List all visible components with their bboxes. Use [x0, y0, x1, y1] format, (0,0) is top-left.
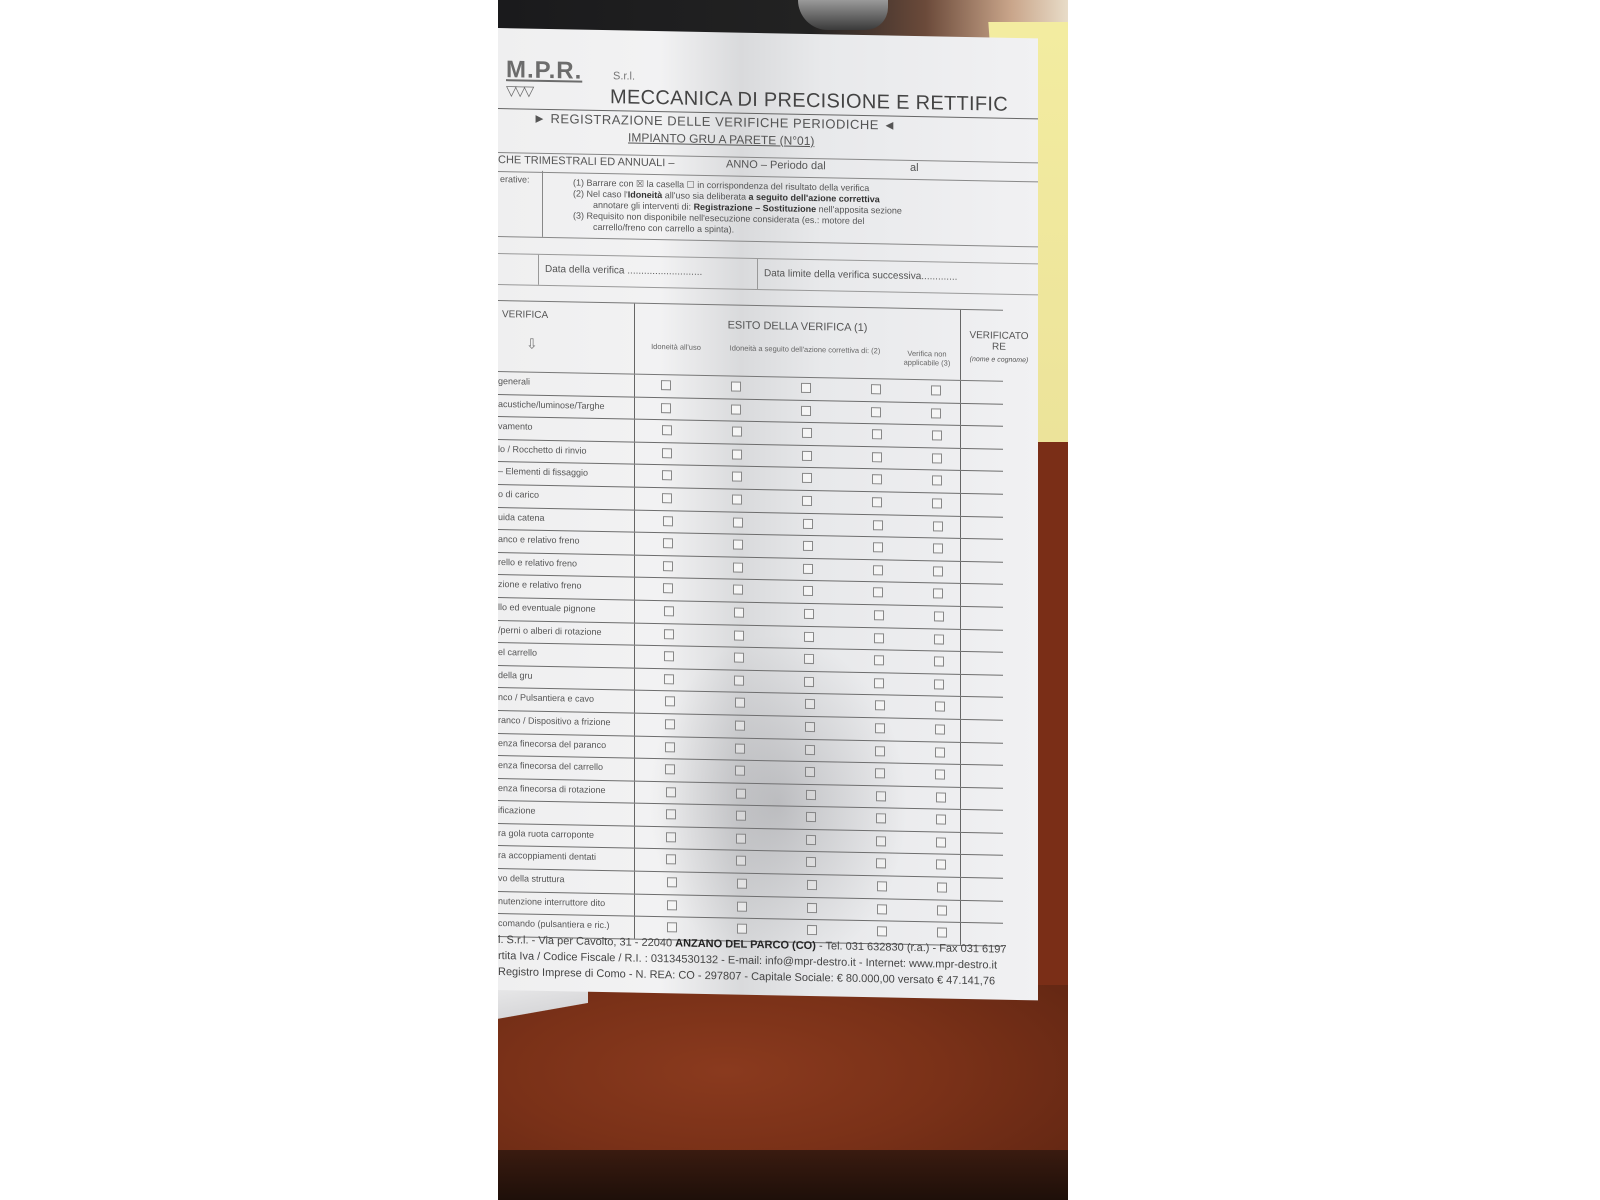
result-checkbox[interactable] [932, 476, 942, 486]
row-label: – Elementi di fissaggio [498, 466, 632, 479]
result-checkbox[interactable] [806, 812, 816, 822]
result-checkbox[interactable] [936, 792, 946, 802]
result-checkbox[interactable] [873, 565, 883, 575]
notes-label: erative: [500, 174, 530, 185]
result-checkbox[interactable] [735, 698, 745, 708]
date-verifica-cell[interactable]: Data della verifica ....................… [538, 255, 758, 289]
header-non-applicabile: Verifica non applicabile (3) [897, 349, 957, 368]
result-checkbox[interactable] [667, 922, 677, 932]
result-checkbox[interactable] [666, 855, 676, 865]
period-anno: ANNO – Periodo dal [726, 158, 826, 172]
result-checkbox[interactable] [872, 429, 882, 439]
result-checkbox[interactable] [804, 609, 814, 619]
company-suffix: S.r.l. [613, 70, 635, 82]
result-checkbox[interactable] [733, 517, 743, 527]
result-checkbox[interactable] [934, 656, 944, 666]
result-checkbox[interactable] [932, 431, 942, 441]
result-checkbox[interactable] [875, 746, 885, 756]
result-checkbox[interactable] [874, 655, 884, 665]
result-checkbox[interactable] [664, 606, 674, 616]
down-arrow-icon: ⇩ [526, 336, 538, 353]
logo-triangles-icon: ▽▽▽ [506, 84, 586, 98]
result-checkbox[interactable] [933, 544, 943, 554]
result-checkbox[interactable] [807, 880, 817, 890]
notes-box: (1) Barrare con ☒ la casella ☐ in corris… [542, 171, 1039, 247]
result-checkbox[interactable] [661, 380, 671, 390]
header-idoneita: Idoneità all'uso [639, 342, 713, 352]
header-verificatore: VERIFICATO RE (nome e cognome) [964, 330, 1034, 366]
header-verifica: VERIFICA [502, 309, 548, 321]
result-checkbox[interactable] [936, 837, 946, 847]
header-verificatore-note: (nome e cognome) [964, 354, 1034, 366]
result-checkbox[interactable] [734, 653, 744, 663]
dates-row: Data della verifica ....................… [498, 253, 1038, 295]
result-checkbox[interactable] [733, 585, 743, 595]
result-checkbox[interactable] [667, 900, 677, 910]
table-body: generaliacustiche/luminose/Targhevamento… [498, 372, 1003, 947]
result-checkbox[interactable] [877, 881, 887, 891]
result-checkbox[interactable] [661, 403, 671, 413]
result-checkbox[interactable] [806, 790, 816, 800]
result-checkbox[interactable] [736, 856, 746, 866]
result-checkbox[interactable] [802, 428, 812, 438]
result-checkbox[interactable] [801, 405, 811, 415]
result-checkbox[interactable] [663, 584, 673, 594]
row-label: rello e relativo freno [498, 557, 632, 570]
period-left: CHE TRIMESTRALI ED ANNUALI – [498, 154, 674, 169]
result-checkbox[interactable] [802, 473, 812, 483]
result-checkbox[interactable] [662, 471, 672, 481]
result-checkbox[interactable] [664, 674, 674, 684]
date-limite-field[interactable]: Data limite della verifica successiva...… [764, 268, 957, 283]
result-checkbox[interactable] [663, 538, 673, 548]
result-checkbox[interactable] [734, 675, 744, 685]
result-checkbox[interactable] [737, 879, 747, 889]
row-label: enza finecorsa di rotazione [498, 783, 632, 796]
result-checkbox[interactable] [732, 449, 742, 459]
result-checkbox[interactable] [732, 427, 742, 437]
row-label: ranco / Dispositivo a frizione [498, 715, 632, 728]
result-checkbox[interactable] [731, 404, 741, 414]
result-checkbox[interactable] [872, 452, 882, 462]
table-header: VERIFICA ⇩ ESITO DELLA VERIFICA (1) Idon… [498, 300, 1003, 382]
result-checkbox[interactable] [872, 475, 882, 485]
row-label: llo ed eventuale pignone [498, 602, 632, 615]
header-esito: ESITO DELLA VERIFICA (1) Idoneità all'us… [634, 304, 961, 380]
result-checkbox[interactable] [931, 385, 941, 395]
result-checkbox[interactable] [873, 588, 883, 598]
result-checkbox[interactable] [807, 925, 817, 935]
metal-object [798, 0, 888, 30]
result-checkbox[interactable] [804, 677, 814, 687]
result-checkbox[interactable] [733, 562, 743, 572]
result-checkbox[interactable] [875, 768, 885, 778]
result-checkbox[interactable] [875, 701, 885, 711]
result-checkbox[interactable] [664, 629, 674, 639]
result-checkbox[interactable] [734, 607, 744, 617]
result-checkbox[interactable] [873, 520, 883, 530]
result-checkbox[interactable] [876, 791, 886, 801]
result-checkbox[interactable] [935, 747, 945, 757]
result-checkbox[interactable] [735, 743, 745, 753]
result-checkbox[interactable] [666, 832, 676, 842]
row-label: ra gola ruota carroponte [498, 828, 632, 841]
header-esito-title: ESITO DELLA VERIFICA (1) [635, 318, 960, 336]
result-checkbox[interactable] [735, 720, 745, 730]
result-checkbox[interactable] [932, 453, 942, 463]
result-checkbox[interactable] [937, 905, 947, 915]
result-checkbox[interactable] [806, 857, 816, 867]
result-checkbox[interactable] [872, 497, 882, 507]
row-label: uida catena [498, 512, 632, 525]
row-label: generali [498, 376, 632, 389]
result-checkbox[interactable] [665, 742, 675, 752]
result-checkbox[interactable] [935, 769, 945, 779]
row-label: o di carico [498, 489, 632, 502]
result-checkbox[interactable] [806, 835, 816, 845]
result-checkbox[interactable] [666, 787, 676, 797]
result-checkbox[interactable] [665, 697, 675, 707]
result-checkbox[interactable] [732, 494, 742, 504]
result-checkbox[interactable] [937, 882, 947, 892]
company-logo: M.P.R. ▽▽▽ [506, 56, 586, 108]
result-checkbox[interactable] [736, 788, 746, 798]
result-checkbox[interactable] [876, 814, 886, 824]
result-checkbox[interactable] [736, 811, 746, 821]
result-checkbox[interactable] [936, 860, 946, 870]
result-checkbox[interactable] [804, 631, 814, 641]
period-al: al [910, 162, 919, 174]
result-checkbox[interactable] [805, 744, 815, 754]
result-checkbox[interactable] [803, 541, 813, 551]
row-label: nutenzione interruttore dito [498, 896, 632, 909]
result-checkbox[interactable] [805, 699, 815, 709]
result-checkbox[interactable] [933, 589, 943, 599]
result-checkbox[interactable] [802, 496, 812, 506]
result-checkbox[interactable] [803, 586, 813, 596]
result-checkbox[interactable] [932, 498, 942, 508]
result-checkbox[interactable] [935, 702, 945, 712]
logo-text: M.P.R. [506, 56, 586, 86]
result-checkbox[interactable] [871, 384, 881, 394]
result-checkbox[interactable] [663, 516, 673, 526]
result-checkbox[interactable] [802, 451, 812, 461]
row-label: nco / Pulsantiera e cavo [498, 692, 632, 705]
date-verifica-label: Data della verifica ....................… [545, 264, 702, 278]
result-checkbox[interactable] [874, 678, 884, 688]
row-label: enza finecorsa del paranco [498, 738, 632, 751]
result-checkbox[interactable] [874, 610, 884, 620]
result-checkbox[interactable] [873, 542, 883, 552]
result-checkbox[interactable] [731, 381, 741, 391]
result-checkbox[interactable] [665, 719, 675, 729]
result-checkbox[interactable] [877, 904, 887, 914]
row-label: comando (pulsantiera e ric.) [498, 918, 632, 931]
result-checkbox[interactable] [931, 408, 941, 418]
result-checkbox[interactable] [871, 407, 881, 417]
result-checkbox[interactable] [803, 518, 813, 528]
company-footer: l. S.r.l. - Via per Cavolto, 31 - 22040 … [498, 932, 1058, 991]
result-checkbox[interactable] [937, 928, 947, 938]
notes-section: erative: (1) Barrare con ☒ la casella ☐ … [498, 170, 1038, 247]
result-checkbox[interactable] [933, 521, 943, 531]
row-label: el carrello [498, 647, 632, 660]
result-checkbox[interactable] [663, 561, 673, 571]
result-checkbox[interactable] [875, 723, 885, 733]
result-checkbox[interactable] [936, 815, 946, 825]
result-checkbox[interactable] [805, 722, 815, 732]
row-label: /perni o alberi di rotazione [498, 625, 632, 638]
result-checkbox[interactable] [662, 448, 672, 458]
result-checkbox[interactable] [933, 566, 943, 576]
result-checkbox[interactable] [874, 633, 884, 643]
form-subtitle: IMPIANTO GRU A PARETE (N°01) [628, 130, 814, 148]
row-label: vo della struttura [498, 873, 632, 886]
row-label: ra accoppiamenti dentati [498, 850, 632, 863]
result-checkbox[interactable] [736, 833, 746, 843]
result-checkbox[interactable] [935, 724, 945, 734]
result-checkbox[interactable] [733, 540, 743, 550]
row-label: acustiche/luminose/Targhe [498, 399, 632, 412]
row-label: della gru [498, 670, 632, 683]
result-checkbox[interactable] [801, 383, 811, 393]
result-checkbox[interactable] [934, 634, 944, 644]
result-checkbox[interactable] [934, 679, 944, 689]
result-checkbox[interactable] [805, 767, 815, 777]
row-label: vamento [498, 421, 632, 434]
result-checkbox[interactable] [664, 651, 674, 661]
note-3-cont: carrello/freno con carrello a spinta). [593, 222, 734, 235]
result-checkbox[interactable] [804, 654, 814, 664]
row-label: enza finecorsa del carrello [498, 760, 632, 773]
result-checkbox[interactable] [876, 836, 886, 846]
desk-edge [498, 1150, 1068, 1200]
row-label: ificazione [498, 805, 632, 818]
row-label: lo / Rocchetto di rinvio [498, 444, 632, 457]
form-sheet: M.P.R. ▽▽▽ S.r.l. MECCANICA DI PRECISION… [498, 28, 1038, 1000]
row-label: zione e relativo freno [498, 579, 632, 592]
row-label: anco e relativo freno [498, 534, 632, 547]
result-checkbox[interactable] [662, 493, 672, 503]
photo-of-form: M.P.R. ▽▽▽ S.r.l. MECCANICA DI PRECISION… [498, 0, 1068, 1200]
result-checkbox[interactable] [662, 425, 672, 435]
result-checkbox[interactable] [877, 927, 887, 937]
result-checkbox[interactable] [734, 630, 744, 640]
result-checkbox[interactable] [807, 903, 817, 913]
result-checkbox[interactable] [737, 901, 747, 911]
verification-table: VERIFICA ⇩ ESITO DELLA VERIFICA (1) Idon… [498, 300, 1003, 947]
header-correttiva: Idoneità a seguito dell'azione correttiv… [715, 343, 895, 355]
result-checkbox[interactable] [934, 611, 944, 621]
result-checkbox[interactable] [667, 877, 677, 887]
result-checkbox[interactable] [803, 564, 813, 574]
result-checkbox[interactable] [735, 766, 745, 776]
result-checkbox[interactable] [666, 810, 676, 820]
result-checkbox[interactable] [876, 859, 886, 869]
result-checkbox[interactable] [737, 924, 747, 934]
result-checkbox[interactable] [665, 764, 675, 774]
result-checkbox[interactable] [732, 472, 742, 482]
